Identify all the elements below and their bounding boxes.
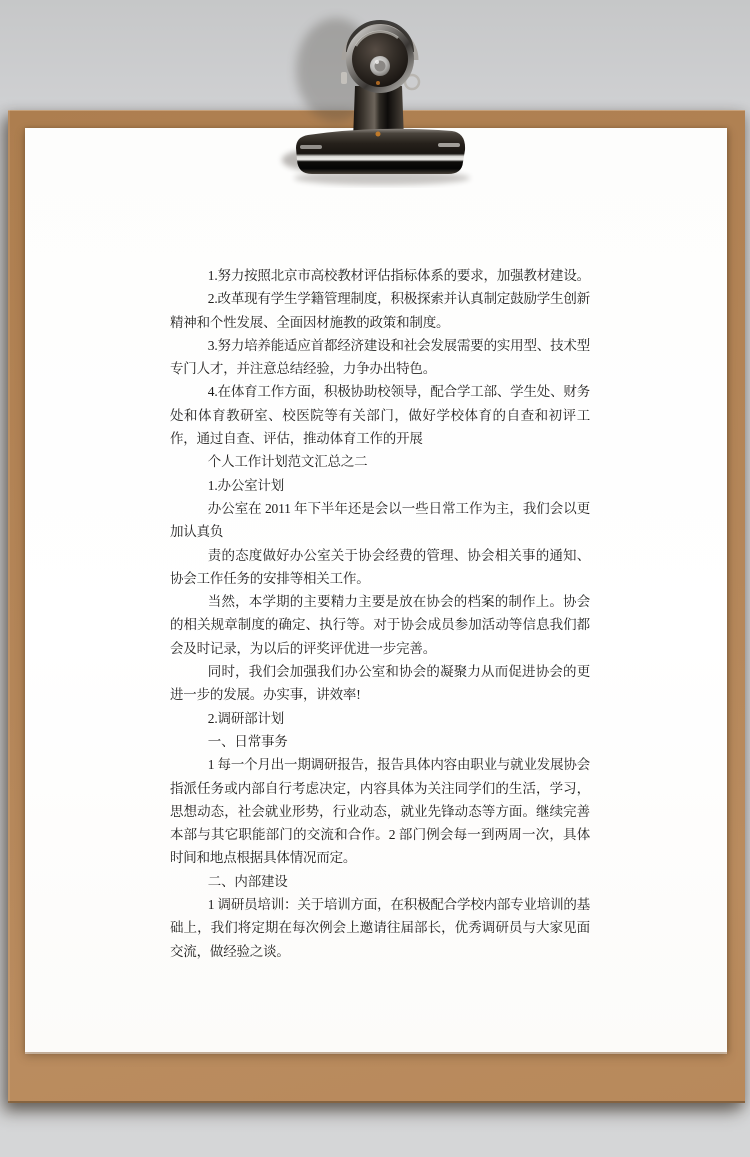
doc-paragraph: 同时，我们会加强我们办公室和协会的凝聚力从而促进协会的更进一步的发展。办实事，讲…	[170, 660, 590, 707]
doc-paragraph: 责的态度做好办公室关于协会经费的管理、协会相关事的通知、协会工作任务的安排等相关…	[170, 544, 590, 591]
doc-paragraph: 1 调研员培训：关于培训方面，在积极配合学校内部专业培训的基础上，我们将定期在每…	[170, 893, 590, 963]
binder-clip-icon	[270, 8, 490, 188]
doc-section-heading: 一、日常事务	[170, 730, 590, 753]
clip-wire-tab	[341, 72, 347, 84]
doc-paragraph: 1.努力按照北京市高校教材评估指标体系的要求，加强教材建设。	[170, 264, 590, 287]
doc-section-heading: 2.调研部计划	[170, 707, 590, 730]
doc-paragraph: 办公室在 2011 年下半年还是会以一些日常工作为主，我们会以更加认真负	[170, 497, 590, 544]
document-text-block: 1.努力按照北京市高校教材评估指标体系的要求，加强教材建设。 2.改革现有学生学…	[170, 264, 590, 963]
doc-paragraph: 3.努力培养能适应首都经济建设和社会发展需要的实用型、技术型专门人才，并注意总结…	[170, 334, 590, 381]
doc-section-heading: 二、内部建设	[170, 870, 590, 893]
doc-paragraph: 2.改革现有学生学籍管理制度，积极探索并认真制定鼓励学生创新精神和个性发展、全面…	[170, 287, 590, 334]
scene: 1.努力按照北京市高校教材评估指标体系的要求，加强教材建设。 2.改革现有学生学…	[0, 0, 750, 1157]
clip-amber-glint	[376, 81, 380, 85]
document-paper: 1.努力按照北京市高校教材评估指标体系的要求，加强教材建设。 2.改革现有学生学…	[25, 128, 727, 1052]
doc-paragraph: 1 每一个月出一期调研报告，报告具体内容由职业与就业发展协会指派任务或内部自行考…	[170, 753, 590, 869]
doc-section-heading: 1.办公室计划	[170, 474, 590, 497]
clip-amber-glint	[376, 132, 381, 137]
clip-bar	[296, 129, 465, 174]
doc-paragraph: 当然，本学期的主要精力主要是放在协会的档案的制作上。协会的相关规章制度的确定、执…	[170, 590, 590, 660]
doc-section-heading: 个人工作计划范文汇总之二	[170, 450, 590, 473]
doc-paragraph: 4.在体育工作方面，积极协助校领导，配合学工部、学生处、财务处和体育教研室、校医…	[170, 380, 590, 450]
